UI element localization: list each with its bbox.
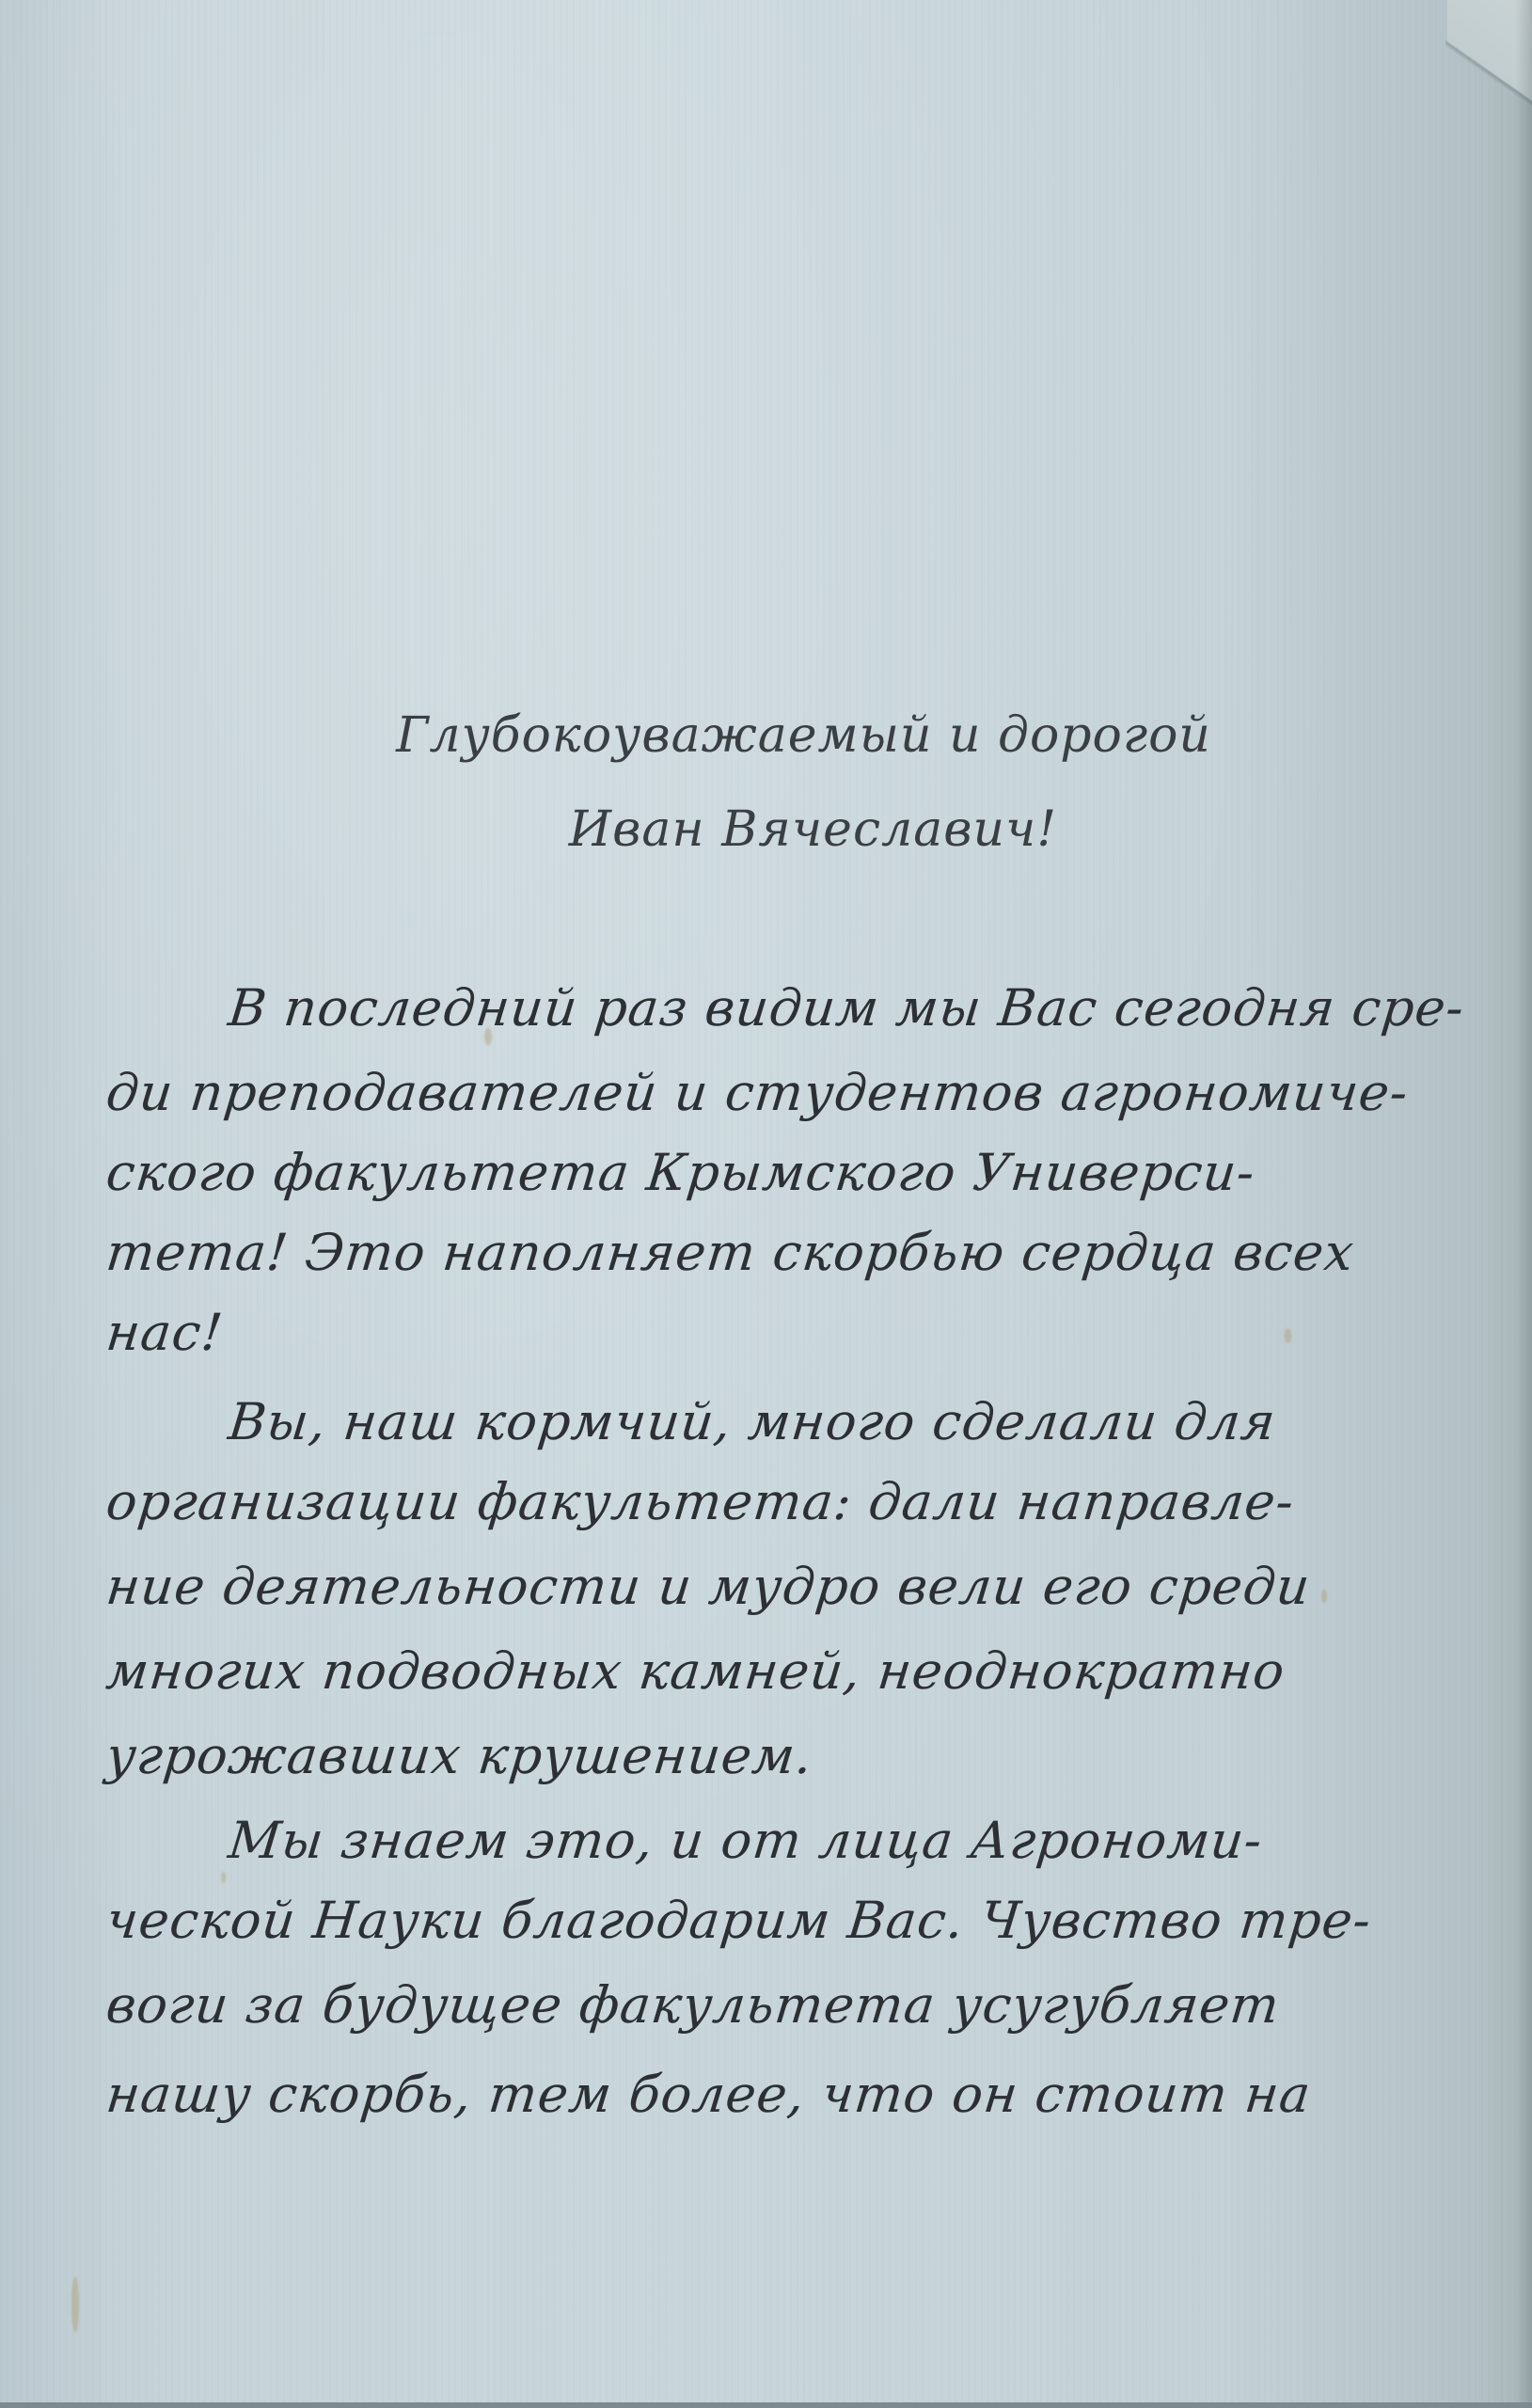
body-line: нашу скорбь, тем более, что он стоит на — [103, 2065, 1314, 2124]
salutation-line-2: Иван Вячеславич! — [47, 801, 1532, 858]
body-line: нас! — [103, 1303, 226, 1362]
body-line: многих подводных камней, неоднократно — [103, 1641, 1287, 1701]
body-line: ди преподавателей и студентов агрономиче… — [103, 1063, 1412, 1122]
body-line: ние деятельности и мудро вели его среди — [103, 1557, 1313, 1616]
salutation-line-1: Глубокоуважаемый и дорогой — [38, 707, 1532, 764]
body-line: ского факультета Крымского Универси- — [103, 1143, 1258, 1202]
body-line: В последний раз видим мы Вас сегодня сре… — [226, 978, 1467, 1038]
letter-text: Глубокоуважаемый и дорогой Иван Вячеслав… — [0, 0, 1532, 2408]
body-line: организации факультета: дали направле- — [103, 1472, 1297, 1531]
body-line: воги за будущее факультета усугубляет — [103, 1975, 1283, 2035]
body-line: Мы знаем это, и от лица Агрономи- — [226, 1811, 1266, 1870]
body-line: угрожавших крушением. — [103, 1726, 815, 1785]
letter-page: Глубокоуважаемый и дорогой Иван Вячеслав… — [0, 0, 1532, 2408]
body-line: Вы, наш кормчий, много сделали для — [226, 1392, 1279, 1451]
body-line: тета! Это наполняет скорбью сердца всех — [103, 1223, 1357, 1282]
body-line: ческой Науки благодарим Вас. Чувство тре… — [103, 1891, 1374, 1950]
